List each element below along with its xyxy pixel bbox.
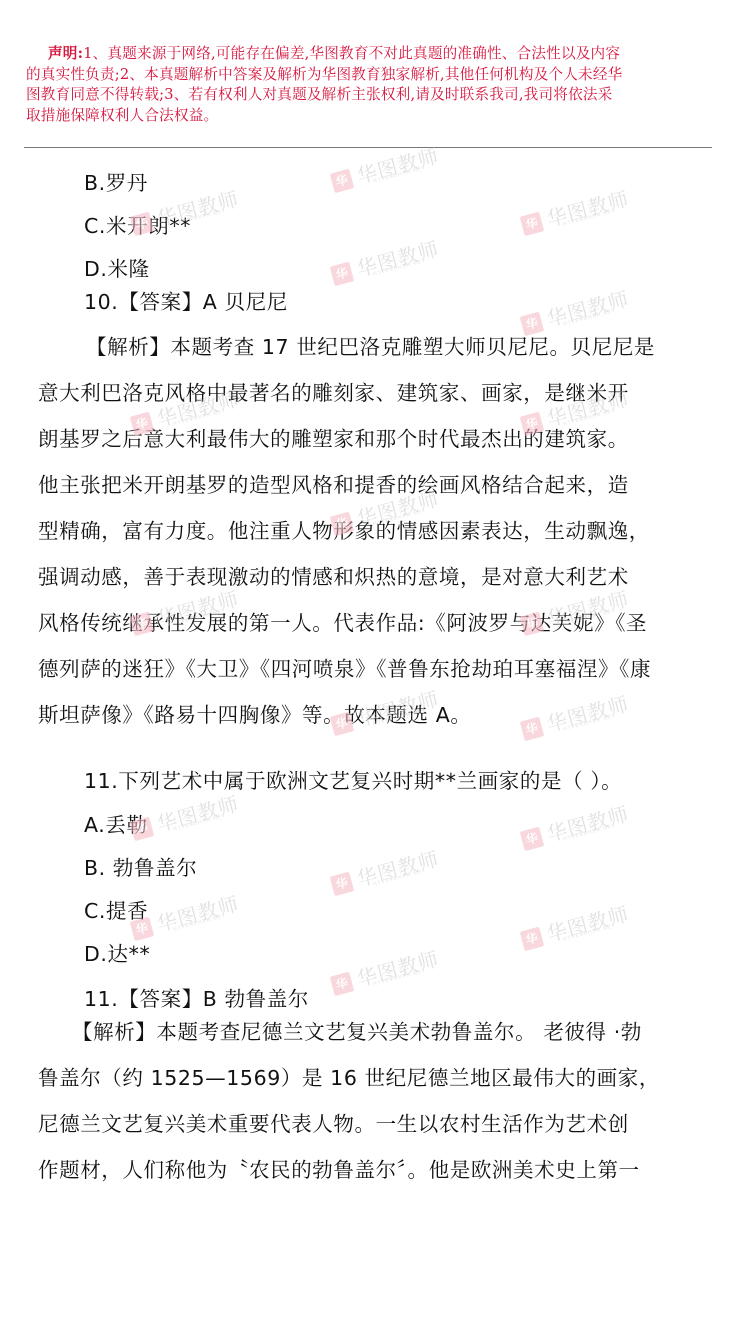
q10-answer: 10.【答案】A 贝尼尼 [84,285,288,315]
watermark-logo-icon: 华 [330,972,354,996]
watermark-logo-icon: 华 [520,927,544,951]
divider [24,147,712,148]
disclaimer-lead: 声明: [48,45,83,62]
watermark: 华华图教师HTTEACHER.NET [518,895,642,955]
q10-analysis-line: 型精确，富有力度。他注重人物形象的情感因素表达，生动飘逸， [38,514,650,544]
watermark-logo-icon: 华 [520,827,544,851]
q11-option-a: A.丢勒 [84,808,148,838]
q10-option-c: C.米开朗** [84,209,191,239]
watermark: 华华图教师HTTEACHER.NET [518,180,642,240]
q10-analysis-line: 他主张把米开朗基罗的造型风格和提香的绘画风格结合起来，造 [38,468,629,498]
watermark: 华华图教师HTTEACHER.NET [328,137,452,197]
watermark: 华华图教师HTTEACHER.NET [518,795,642,855]
watermark-logo-icon: 华 [520,212,544,236]
q10-analysis-line: 斯坦萨像》《路易十四胸像》等。故本题选 A。 [38,698,472,728]
q10-analysis-line: 德列萨的迷狂》《大卫》《四河喷泉》《普鲁东抢劫珀耳塞福涅》《康 [38,652,651,682]
q11-question: 11.下列艺术中属于欧洲文艺复兴时期**兰画家的是（ ）。 [84,764,622,794]
watermark: 华华图教师HTTEACHER.NET [518,685,642,745]
q11-option-d: D.达** [84,937,150,967]
q11-analysis-line: 【解析】本题考查尼德兰文艺复兴美术勃鲁盖尔。 老彼得 ·勃 [72,1015,642,1045]
watermark-logo-icon: 华 [330,262,354,286]
q11-analysis-line: 作题材，人们称他为〝农民的勃鲁盖尔〞。他是欧洲美术史上第一 [38,1153,640,1183]
q10-analysis-line: 风格传统继承性发展的第一人。代表作品:《阿波罗与达芙妮》《圣 [38,606,647,636]
q10-analysis-line: 强调动感，善于表现激动的情感和炽热的意境，是对意大利艺术 [38,560,629,590]
watermark-logo-icon: 华 [330,872,354,896]
q10-option-d: D.米隆 [84,252,150,282]
disclaimer-line-2: 的真实性负责;2、本真题解析中答案及解析为华图教育独家解析,其他任何机构及个人未… [26,65,714,86]
disclaimer-block: 声明:1、真题来源于网络,可能存在偏差,华图教育不对此真题的准确性、合法性以及内… [26,44,714,126]
disclaimer-line-3: 图教育同意不得转载;3、若有权利人对真题及解析主张权利,请及时联系我司,我司将依… [26,85,714,106]
watermark-logo-icon: 华 [330,169,354,193]
watermark: 华华图教师HTTEACHER.NET [328,840,452,900]
q10-analysis-line: 意大利巴洛克风格中最著名的雕刻家、建筑家、画家，是继米开 [38,376,629,406]
watermark: 华华图教师HTTEACHER.NET [328,230,452,290]
q11-option-b: B. 勃鲁盖尔 [84,851,197,881]
q10-analysis-line: 【解析】本题考查 17 世纪巴洛克雕塑大师贝尼尼。贝尼尼是 [86,330,655,360]
q11-answer: 11.【答案】B 勃鲁盖尔 [84,982,309,1012]
watermark: 华华图教师HTTEACHER.NET [328,940,452,1000]
q11-analysis-line: 尼德兰文艺复兴美术重要代表人物。一生以农村生活作为艺术创 [38,1107,629,1137]
watermark-logo-icon: 华 [520,717,544,741]
q11-analysis-line: 鲁盖尔（约 1525—1569）是 16 世纪尼德兰地区最伟大的画家， [38,1061,660,1091]
q11-option-c: C.提香 [84,894,148,924]
disclaimer-line-1: 1、真题来源于网络,可能存在偏差,华图教育不对此真题的准确性、合法性以及内容 [83,45,620,62]
q10-analysis-line: 朗基罗之后意大利最伟大的雕塑家和那个时代最杰出的建筑家。 [38,422,629,452]
disclaimer-line-4: 取措施保障权利人合法权益。 [26,106,714,127]
q10-option-b: B.罗丹 [84,166,148,196]
